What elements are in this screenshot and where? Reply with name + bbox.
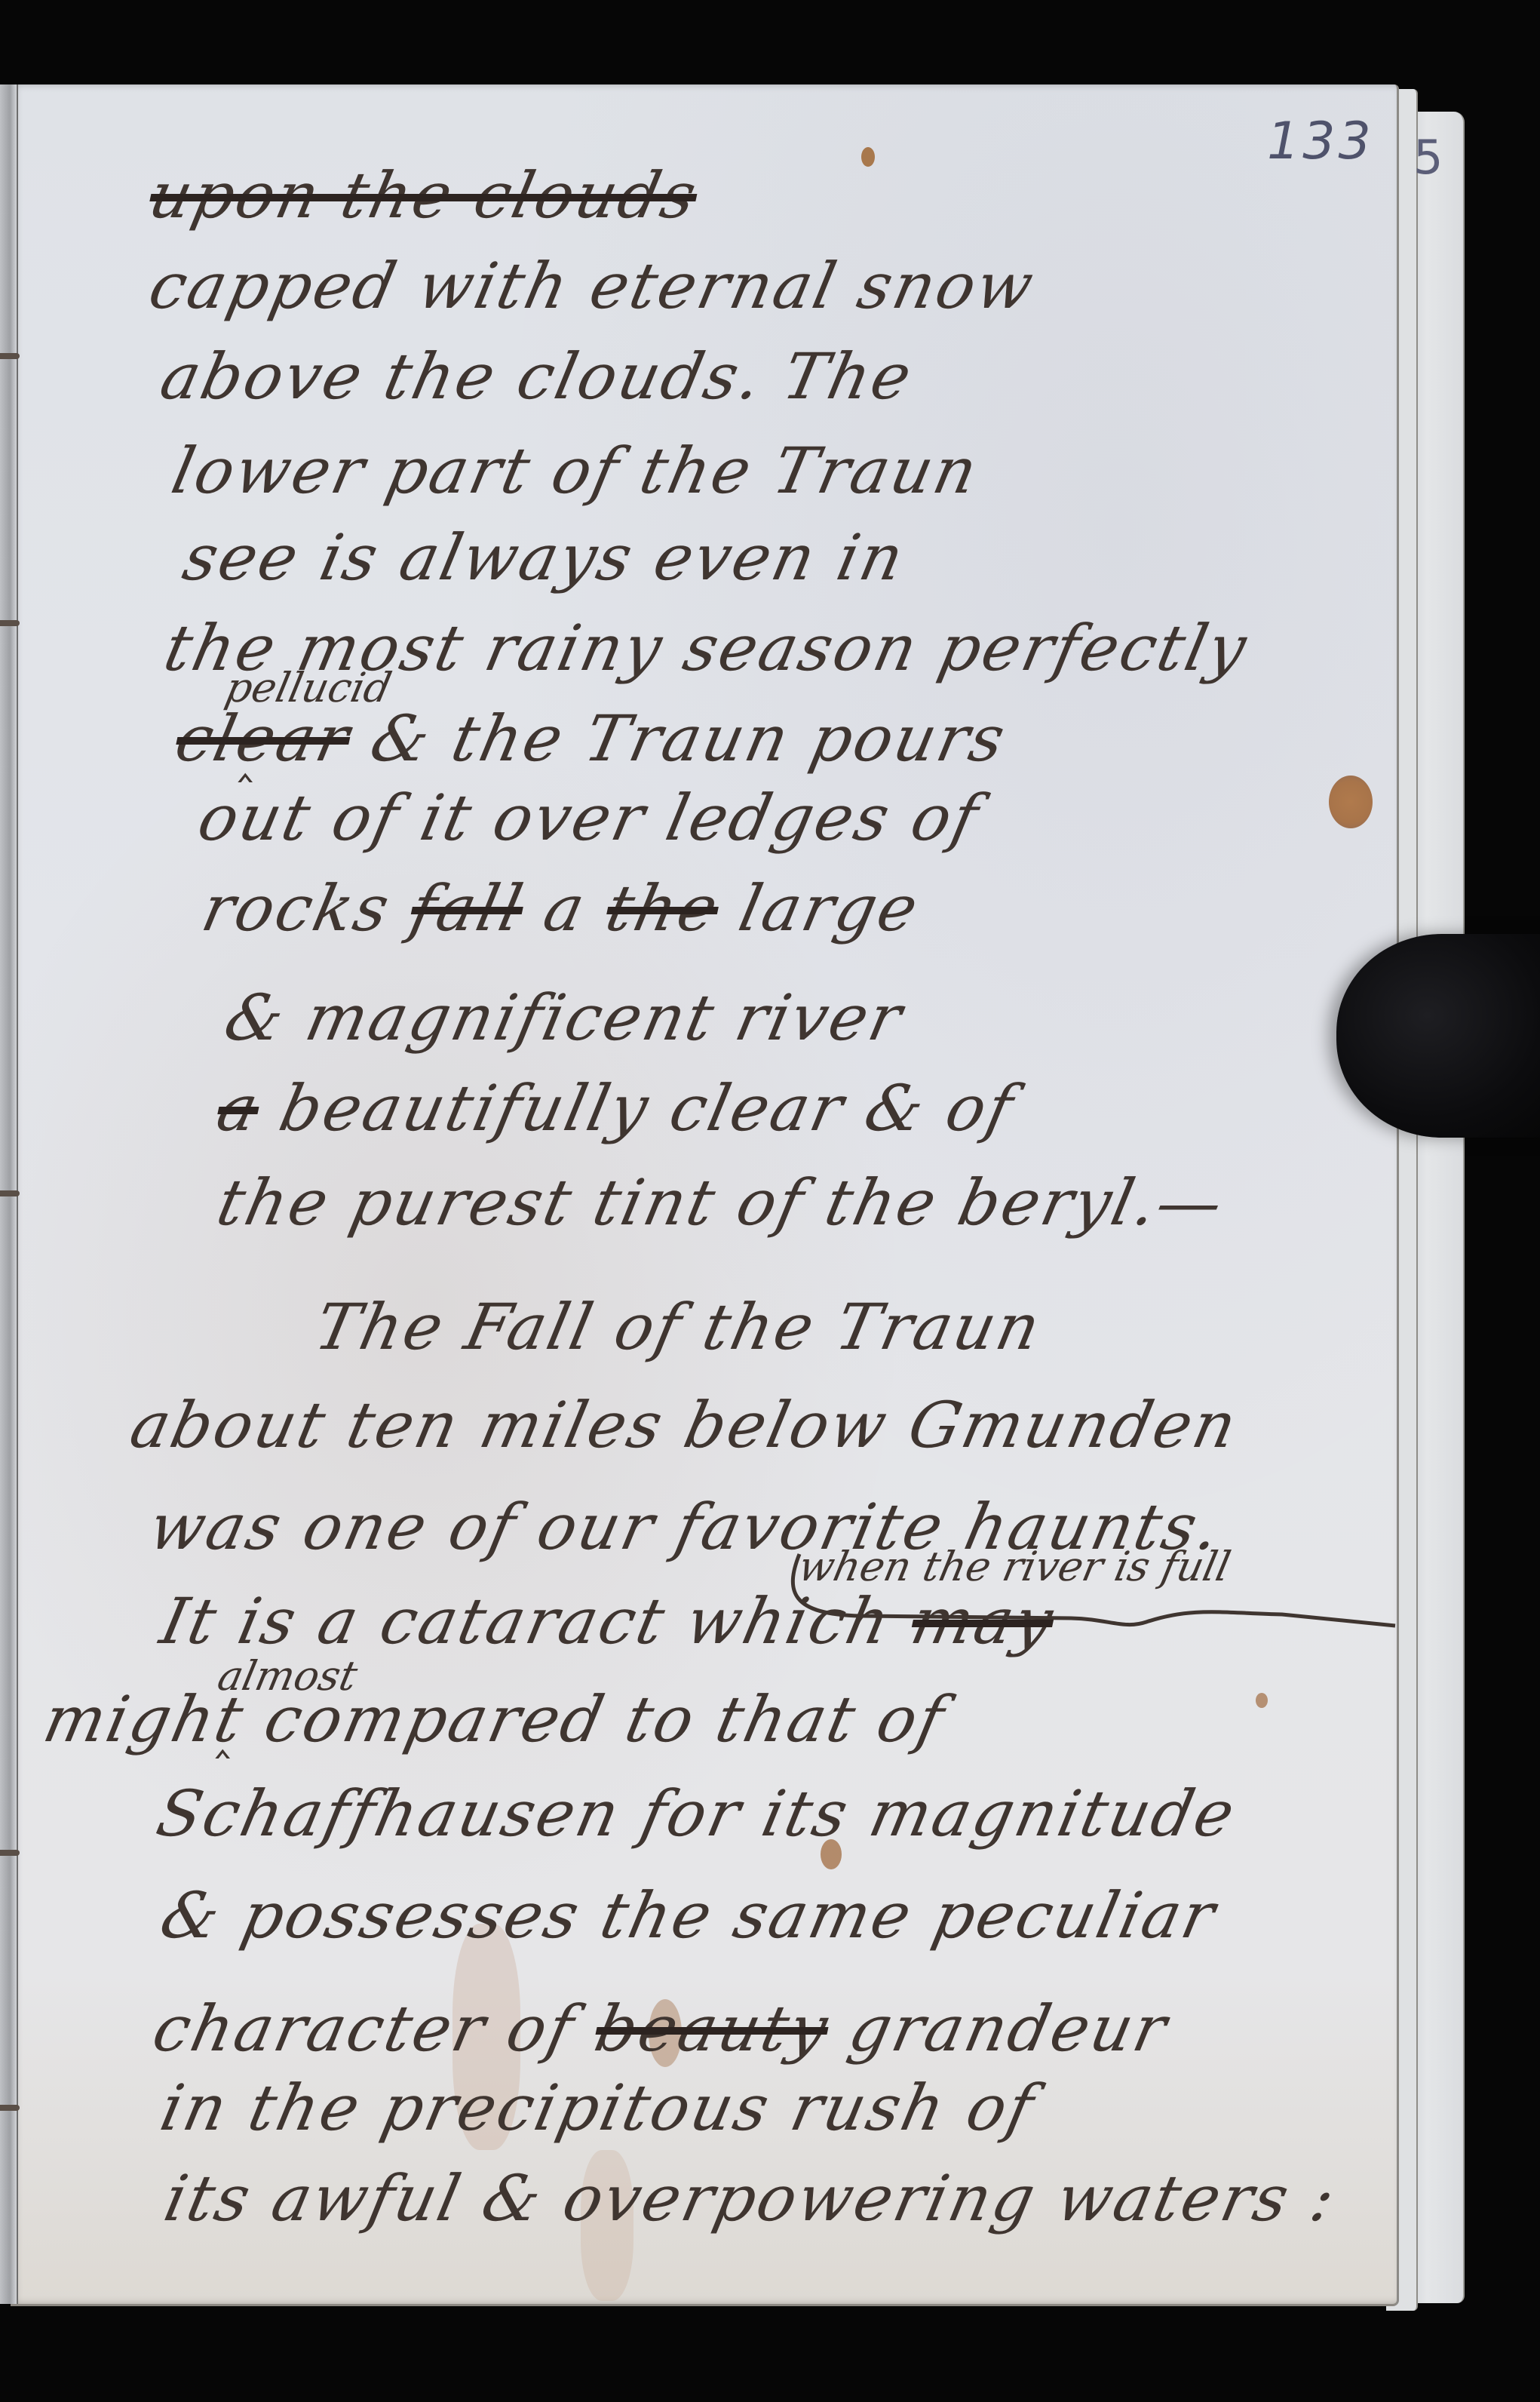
insertion-caret: ‸	[215, 1706, 230, 1759]
manuscript-line: character of beauty grandeur	[147, 1992, 1175, 2066]
photo-background: 5 133 upon the clouds capped with eterna…	[0, 0, 1540, 2402]
manuscript-line: lower part of the Traun	[166, 434, 986, 508]
manuscript-line: capped with eternal snow	[143, 249, 1042, 323]
manuscript-line-paragraph-start: The Fall of the Traun	[309, 1290, 1049, 1364]
manuscript-line: might compared to that of	[38, 1682, 953, 1756]
line-text: & the Traun pours	[342, 702, 1013, 776]
struck-text: beauty	[589, 1992, 836, 2066]
struck-text: the	[600, 871, 726, 945]
line-text: character of	[147, 1992, 605, 2066]
manuscript-line-struck: upon the clouds	[143, 158, 705, 232]
manuscript-line: a beautifully clear & of	[211, 1071, 1022, 1145]
line-text: rocks	[196, 871, 420, 945]
line-text: large	[710, 871, 926, 945]
line-text: grandeur	[821, 1992, 1175, 2066]
line-text: a	[515, 871, 615, 945]
manuscript-line: about ten miles below Gmunden	[124, 1388, 1245, 1462]
manuscript-line: in the precipitous rush of	[155, 2071, 1042, 2145]
struck-text: fall	[404, 871, 531, 945]
manuscript-line: out of it over ledges of	[192, 781, 987, 855]
manuscript-line: & magnificent river	[219, 981, 910, 1055]
manuscript-text: upon the clouds capped with eternal snow…	[0, 0, 1433, 2402]
struck-text: upon the clouds	[143, 158, 705, 232]
manuscript-line: clear & the Traun pours	[170, 702, 1014, 776]
manuscript-line: Schaffhausen for its magnitude	[151, 1777, 1243, 1851]
manuscript-line: see is always even in	[177, 521, 913, 594]
line-text: It is a cataract which	[155, 1584, 921, 1658]
struck-text: clear	[170, 702, 358, 776]
manuscript-line: above the clouds. The	[155, 339, 920, 413]
insertion-caret: ‸	[238, 730, 253, 783]
manuscript-line: its awful & overpowering waters :	[158, 2161, 1344, 2235]
struck-text: may	[905, 1584, 1061, 1658]
manuscript-line: It is a cataract which may	[155, 1584, 1062, 1658]
line-text: beautifully clear & of	[251, 1071, 1022, 1145]
manuscript-line: rocks fall a the large	[196, 871, 927, 945]
manuscript-line: the purest tint of the beryl.—	[211, 1166, 1232, 1239]
manuscript-line: & possesses the same peculiar	[155, 1878, 1223, 1952]
